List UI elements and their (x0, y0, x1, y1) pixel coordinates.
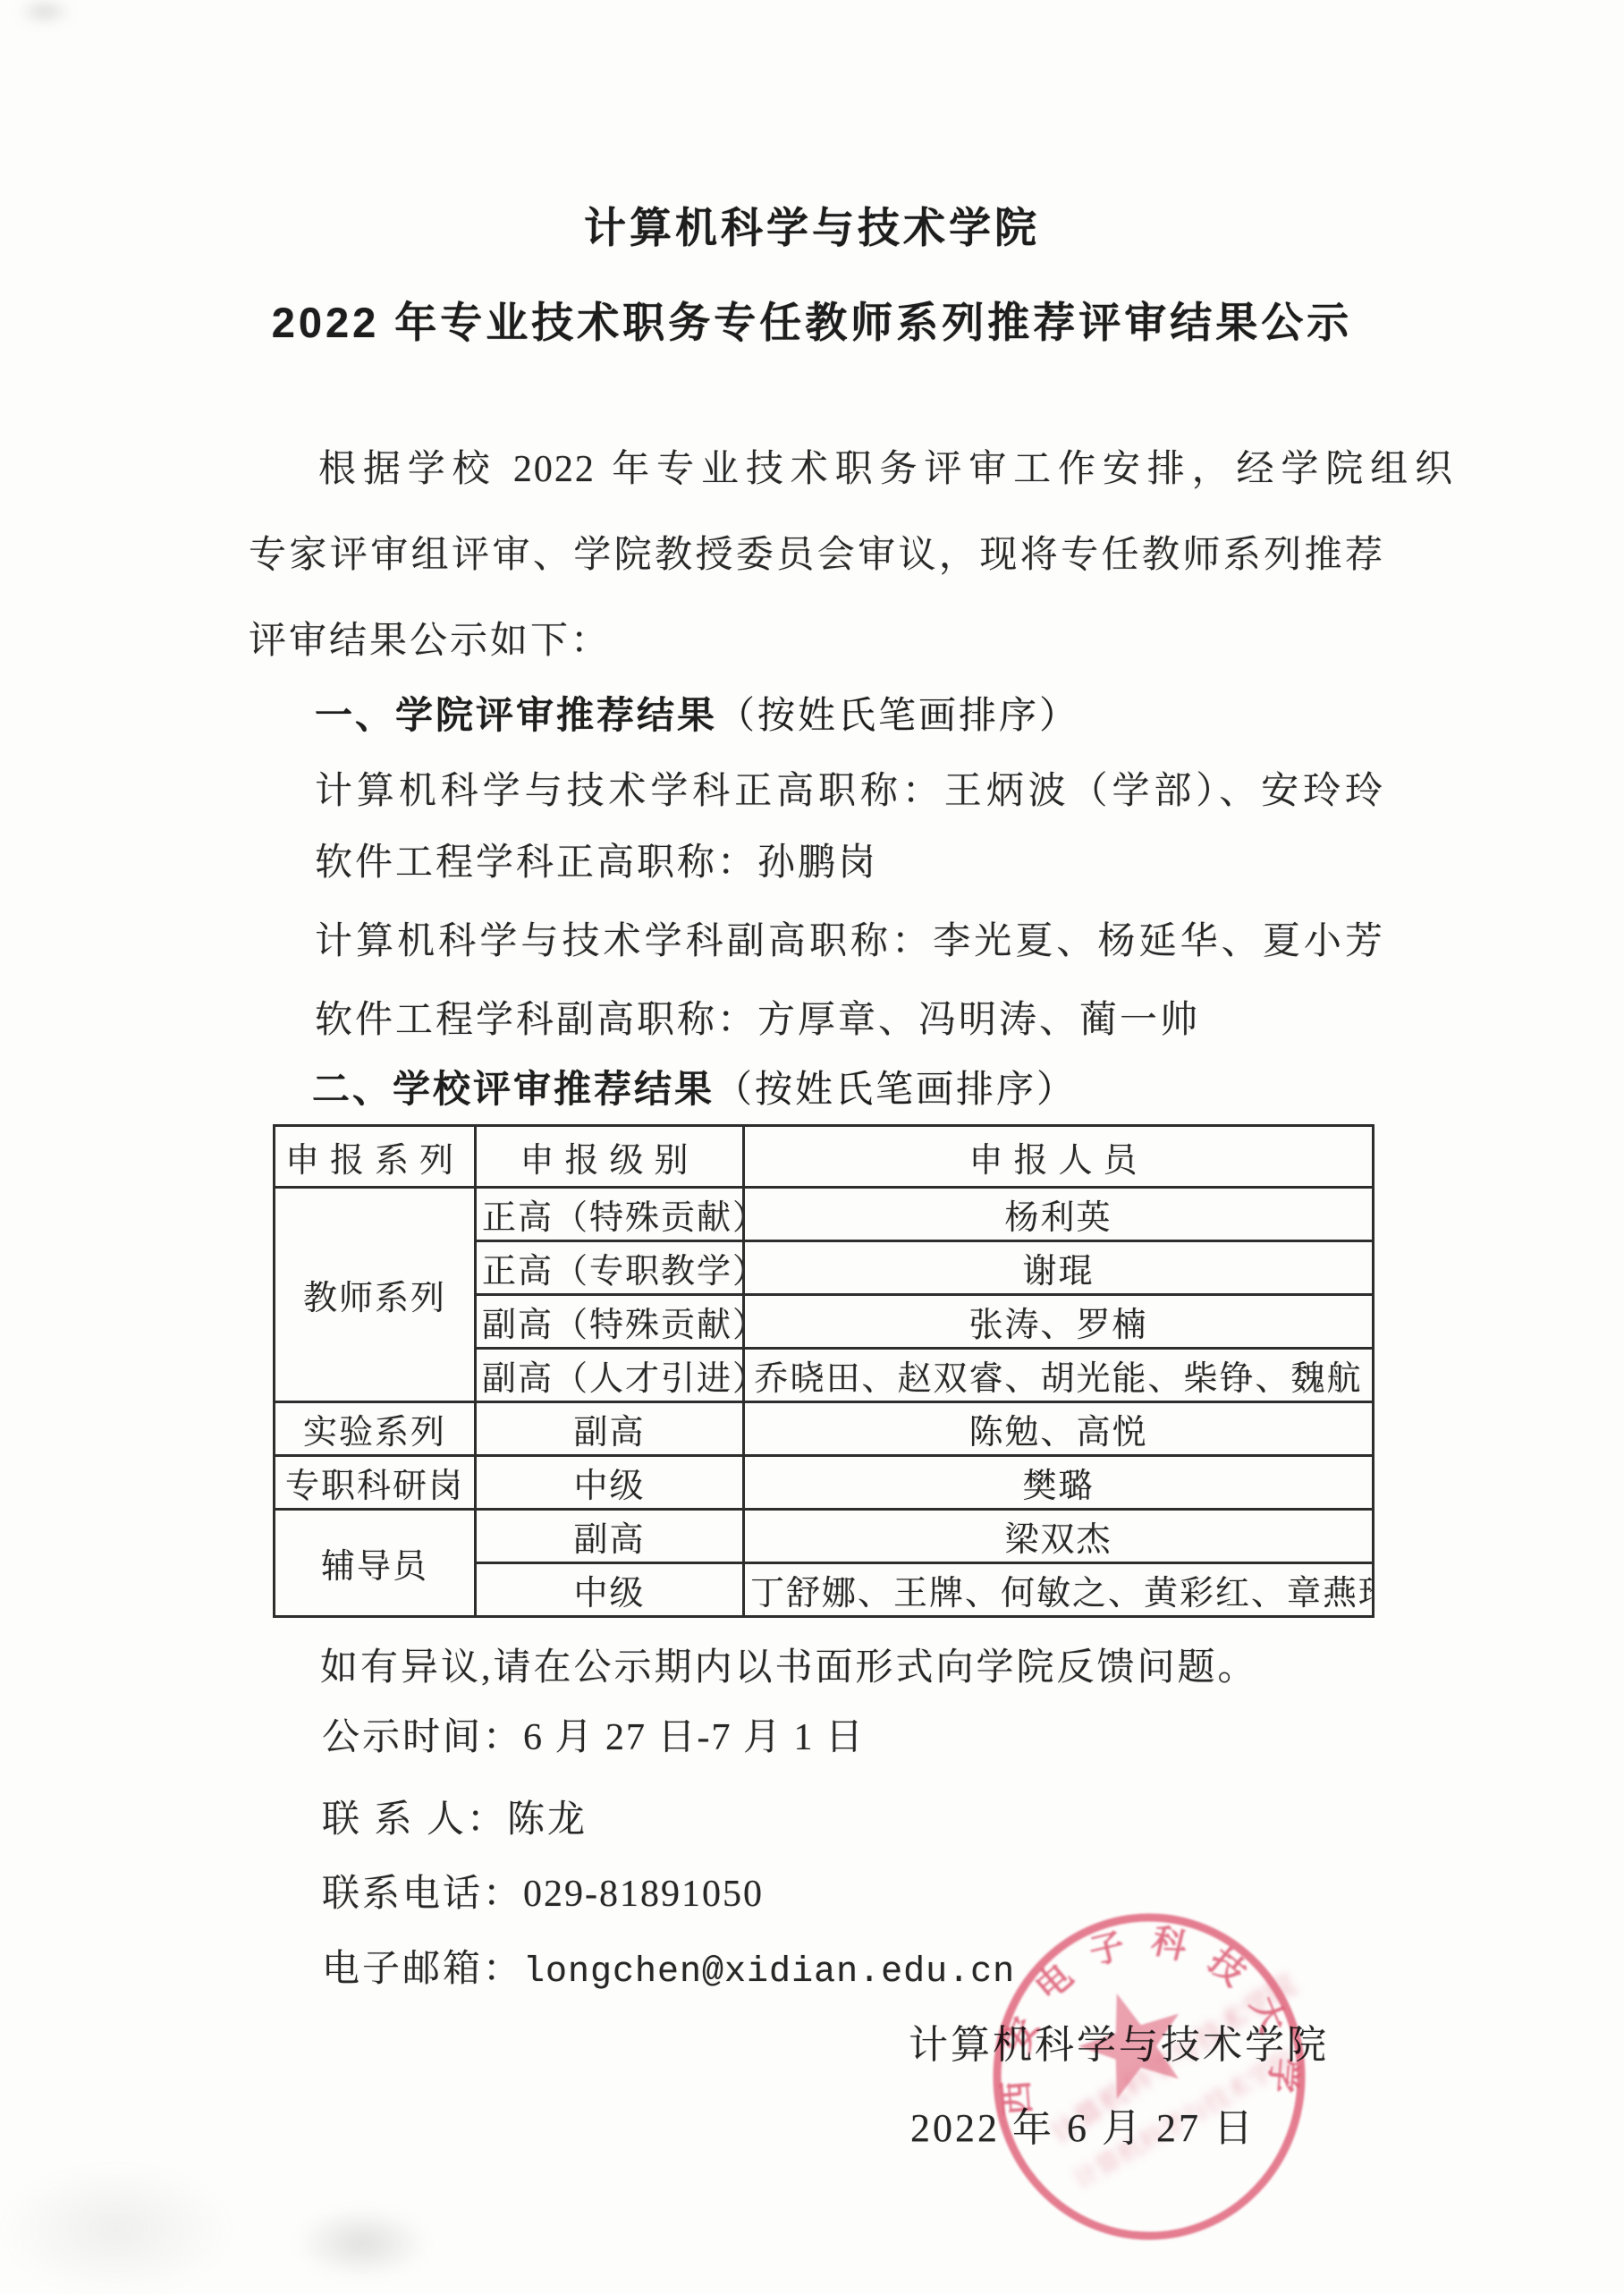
paragraph-line: 根据学校 2022 年专业技术职务评审工作安排，经学院组织 (249, 447, 1454, 492)
cell-series: 专职科研岗 (275, 1456, 476, 1510)
cell-level: 正高（特殊贡献） (476, 1188, 744, 1241)
cell-people: 梁双杰 (744, 1510, 1374, 1563)
recommendation-results-table: 申报系列 申报级别 申报人员 教师系列 正高（特殊贡献） 杨利英 正高（专职教学… (273, 1124, 1374, 1618)
section2-heading-bold: 二、学校评审推荐结果 (312, 1068, 715, 1110)
cell-people: 乔晓田、赵双睿、胡光能、柴铮、魏航 (744, 1349, 1374, 1402)
publicity-time-label: 公示时间： (322, 1717, 523, 1758)
contact-email-value: longchen@xidian.edu.cn (523, 1952, 1015, 1993)
contact-phone-label: 联系电话： (322, 1874, 523, 1915)
cell-series: 实验系列 (275, 1402, 476, 1456)
contact-email-line: 电子邮箱：longchen@xidian.edu.cn (322, 1947, 1015, 1995)
header-series: 申报系列 (275, 1126, 476, 1188)
section1-line: 计算机科学与技术学科副高职称：李光夏、杨延华、夏小芳 (315, 919, 1384, 964)
cell-level: 副高 (476, 1510, 744, 1563)
cell-level: 副高 (476, 1402, 744, 1456)
section1-line: 软件工程学科正高职称：孙鹏岗 (315, 841, 878, 885)
document-title-line1: 计算机科学与技术学院 (0, 195, 1624, 255)
table-row: 实验系列 副高 陈勉、高悦 (275, 1402, 1374, 1456)
cell-level: 中级 (476, 1456, 744, 1510)
cell-series: 教师系列 (275, 1188, 476, 1402)
cell-people: 丁舒娜、王牌、何敏之、黄彩红、章燕玲 (744, 1563, 1374, 1617)
cell-people: 谢琨 (744, 1241, 1374, 1295)
contact-person-line: 联 系 人：陈龙 (322, 1798, 588, 1842)
table-row: 教师系列 正高（特殊贡献） 杨利英 (275, 1188, 1374, 1241)
scan-shadow (0, 2164, 233, 2294)
contact-phone-value: 029-81891050 (523, 1874, 764, 1915)
paragraph-line: 评审结果公示如下： (249, 619, 611, 664)
section2-heading: 二、学校评审推荐结果（按姓氏笔画排序） (312, 1067, 1077, 1112)
section1-heading: 一、学院评审推荐结果（按姓氏笔画排序） (315, 693, 1079, 738)
publicity-time-value: 6 月 27 日-7 月 1 日 (523, 1717, 865, 1758)
section2-heading-note: （按姓氏笔画排序） (715, 1068, 1077, 1110)
cell-series: 辅导员 (275, 1510, 476, 1617)
contact-person-label: 联 系 人： (322, 1799, 507, 1841)
cell-level: 副高（特殊贡献） (476, 1295, 744, 1349)
paragraph-line: 专家评审组评审、学院教授委员会审议，现将专任教师系列推荐 (249, 533, 1384, 578)
contact-phone-line: 联系电话：029-81891050 (322, 1872, 764, 1917)
contact-person-value: 陈龙 (507, 1799, 588, 1841)
document-page: 计算机科学与技术学院 2022 年专业技术职务专任教师系列推荐评审结果公示 根据… (0, 0, 1624, 2294)
cell-level: 中级 (476, 1563, 744, 1617)
scan-speck (18, 0, 72, 23)
cell-people: 陈勉、高悦 (744, 1402, 1374, 1456)
seal-ring (997, 1917, 1301, 2236)
document-title-line2: 2022 年专业技术职务专任教师系列推荐评审结果公示 (0, 290, 1624, 350)
scan-smudge (295, 2207, 429, 2279)
cell-people: 杨利英 (744, 1188, 1374, 1241)
cell-people: 樊璐 (744, 1456, 1374, 1510)
table-row: 专职科研岗 中级 樊璐 (275, 1456, 1374, 1510)
table-header-row: 申报系列 申报级别 申报人员 (275, 1126, 1374, 1188)
section1-line: 软件工程学科副高职称：方厚章、冯明涛、蔺一帅 (315, 998, 1200, 1043)
signature-date: 2022 年 6 月 27 日 (910, 2095, 1256, 2153)
section1-line: 计算机科学与技术学科正高职称：王炳波（学部）、安玲玲 (315, 769, 1384, 814)
header-level: 申报级别 (476, 1126, 744, 1188)
cell-people: 张涛、罗楠 (744, 1295, 1374, 1349)
seal-bottom-smudge: 计算机科学与技术学院 计算机科学与技术学院 (1045, 1968, 1302, 2195)
table-row: 辅导员 副高 梁双杰 (275, 1510, 1374, 1563)
section1-heading-bold: 一、学院评审推荐结果 (315, 694, 717, 736)
signature-org: 计算机科学与技术学院 (909, 2012, 1329, 2070)
official-seal-stamp: 西安电子科技大学 计算机科学与技术学院 计算机科学与技术学院 (973, 1901, 1329, 2259)
contact-email-label: 电子邮箱： (322, 1949, 523, 1990)
objection-notice: 如有异议,请在公示期内以书面形式向学院反馈问题。 (320, 1646, 1258, 1690)
header-people: 申报人员 (744, 1126, 1374, 1188)
cell-level: 正高（专职教学） (476, 1241, 744, 1295)
cell-level: 副高（人才引进） (476, 1349, 744, 1402)
publicity-time-line: 公示时间：6 月 27 日-7 月 1 日 (322, 1715, 865, 1760)
section1-heading-note: （按姓氏笔画排序） (717, 694, 1079, 736)
